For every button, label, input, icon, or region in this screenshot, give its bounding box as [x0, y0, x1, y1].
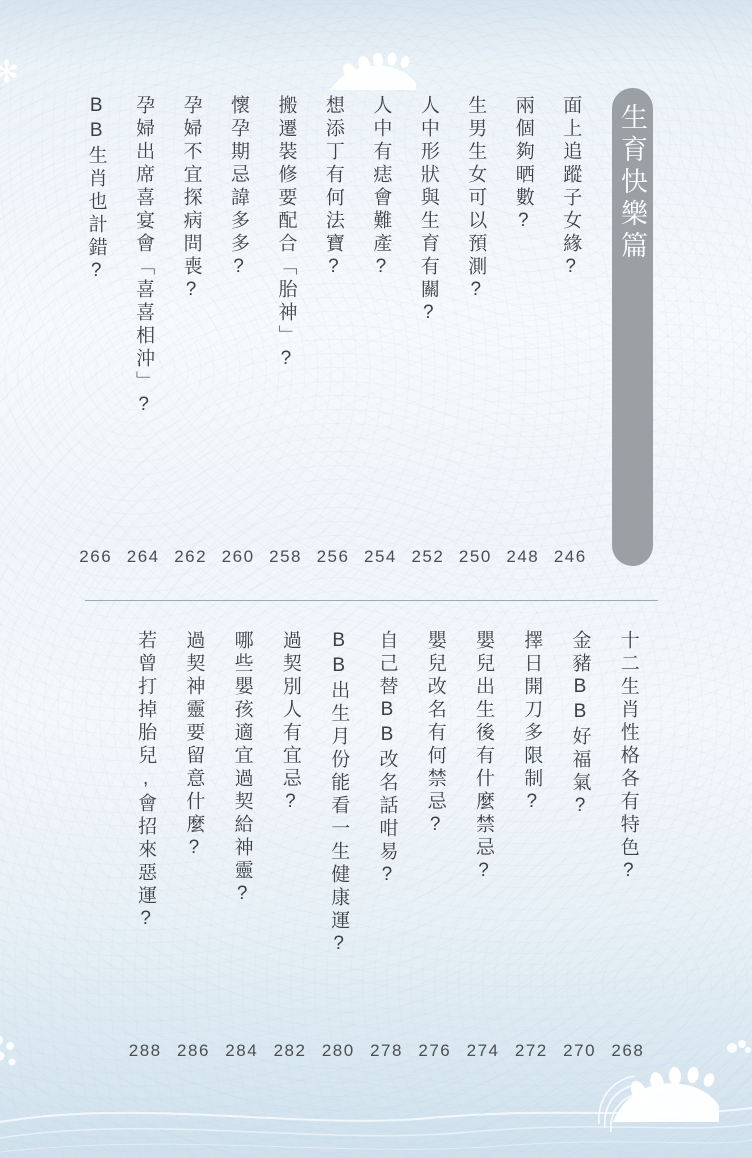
toc-entry-title: 自己替BB改名話咁易? [376, 630, 398, 889]
toc-entry-title: 孕婦不宜探病問喪? [180, 95, 202, 304]
page-number: 286 [169, 1041, 217, 1063]
toc-entry: 孕婦出席喜宴會「喜喜相沖」? [119, 95, 166, 535]
toc-entry-title: 嬰兒出生後有什麼禁忌? [472, 630, 494, 885]
wave-crest-icon-bottom-right [595, 1062, 725, 1147]
page-number: 256 [309, 547, 356, 569]
toc-entry-title: 嬰兒改名有何禁忌? [424, 630, 446, 839]
toc-entry-title: 搬遷裝修要配合「胎神」? [275, 95, 297, 373]
page-number: 258 [262, 547, 309, 569]
toc-entry-title: 過契別人有宜忌? [279, 630, 301, 816]
toc-entry: 生男生女可以預測? [452, 95, 499, 535]
toc-top-section: 面上追蹤子女緣?兩個夠晒數?生男生女可以預測?人中形狀與生育有關?人中有痣會難產… [72, 95, 594, 535]
toc-entry-title: 懷孕期忌諱多多? [227, 95, 249, 281]
toc-entry-title: 兩個夠晒數? [512, 95, 534, 235]
wave-crest-icon [328, 50, 418, 95]
toc-entry-title: 若曾打掉胎兒,會招來惡運? [134, 630, 156, 933]
section-divider [85, 600, 658, 601]
toc-entry: BB生肖也計錯? [72, 95, 119, 535]
toc-entry-title: 生男生女可以預測? [464, 95, 486, 304]
toc-entry-title: BB出生月份能看一生健康運? [327, 630, 349, 958]
toc-entry: 擇日開刀多限制? [507, 630, 555, 1030]
toc-entry: 過契神靈要留意什麼? [169, 630, 217, 1030]
page-number: 270 [555, 1041, 603, 1063]
toc-bottom-page-numbers: 268270272274276278280282284286288 [121, 1041, 652, 1063]
page-number: 274 [459, 1041, 507, 1063]
page-number: 280 [314, 1041, 362, 1063]
toc-entry-title: 擇日開刀多限制? [520, 630, 542, 816]
toc-entry: 嬰兒改名有何禁忌? [411, 630, 459, 1030]
toc-entry: 孕婦不宜探病問喪? [167, 95, 214, 535]
toc-entry: 想添丁有何法寶? [309, 95, 356, 535]
toc-entry-title: 孕婦出席喜宴會「喜喜相沖」? [132, 95, 154, 419]
page-number: 268 [604, 1041, 652, 1063]
toc-entry-title: 面上追蹤子女緣? [559, 95, 581, 281]
toc-entry: 人中有痣會難產? [357, 95, 404, 535]
toc-entry: 懷孕期忌諱多多? [214, 95, 261, 535]
page-number: 288 [121, 1041, 169, 1063]
dots-decoration [0, 1032, 26, 1077]
page-number: 272 [507, 1041, 555, 1063]
toc-entry: 金豬BB好福氣? [555, 630, 603, 1030]
page-number: 264 [119, 547, 166, 569]
page-number: 276 [411, 1041, 459, 1063]
toc-entry: 十二生肖性格各有特色? [604, 630, 652, 1030]
wave-lines-decoration [0, 1060, 752, 1158]
page-number: 246 [547, 547, 594, 569]
page-number: 252 [404, 547, 451, 569]
toc-entry-title: 人中形狀與生育有關? [417, 95, 439, 327]
toc-entry-title: 想添丁有何法寶? [322, 95, 344, 281]
page-number: 260 [214, 547, 261, 569]
toc-entry-title: 哪些嬰孩適宜過契給神靈? [231, 630, 253, 908]
section-title: 生育快樂篇 [613, 88, 652, 566]
page-number: 248 [499, 547, 546, 569]
section-title-bar: 生育快樂篇 [612, 88, 653, 566]
toc-entry: 自己替BB改名話咁易? [362, 630, 410, 1030]
toc-entry: 面上追蹤子女緣? [547, 95, 594, 535]
toc-top-page-numbers: 246248250252254256258260262264266 [72, 547, 594, 569]
asterisk-flower-icon: ✻ [0, 55, 19, 90]
toc-entry: 嬰兒出生後有什麼禁忌? [459, 630, 507, 1030]
page-number: 266 [72, 547, 119, 569]
toc-entry-title: 過契神靈要留意什麼? [183, 630, 205, 862]
page-number: 250 [452, 547, 499, 569]
toc-entry: 哪些嬰孩適宜過契給神靈? [218, 630, 266, 1030]
toc-entry: 兩個夠晒數? [499, 95, 546, 535]
page-number: 278 [362, 1041, 410, 1063]
toc-entry-title: 十二生肖性格各有特色? [617, 630, 639, 885]
toc-entry: BB出生月份能看一生健康運? [314, 630, 362, 1030]
toc-entry-title: 人中有痣會難產? [370, 95, 392, 281]
page-number: 262 [167, 547, 214, 569]
toc-bottom-section: 十二生肖性格各有特色?金豬BB好福氣?擇日開刀多限制?嬰兒出生後有什麼禁忌?嬰兒… [121, 630, 652, 1030]
page-number: 284 [218, 1041, 266, 1063]
toc-entry-title: 金豬BB好福氣? [569, 630, 591, 820]
page-number: 282 [266, 1041, 314, 1063]
toc-entry: 搬遷裝修要配合「胎神」? [262, 95, 309, 535]
toc-entry: 人中形狀與生育有關? [404, 95, 451, 535]
page-number: 254 [357, 547, 404, 569]
toc-entry: 過契別人有宜忌? [266, 630, 314, 1030]
blob-decoration [724, 1036, 752, 1063]
toc-entry: 若曾打掉胎兒,會招來惡運? [121, 630, 169, 1030]
toc-entry-title: BB生肖也計錯? [85, 95, 107, 285]
